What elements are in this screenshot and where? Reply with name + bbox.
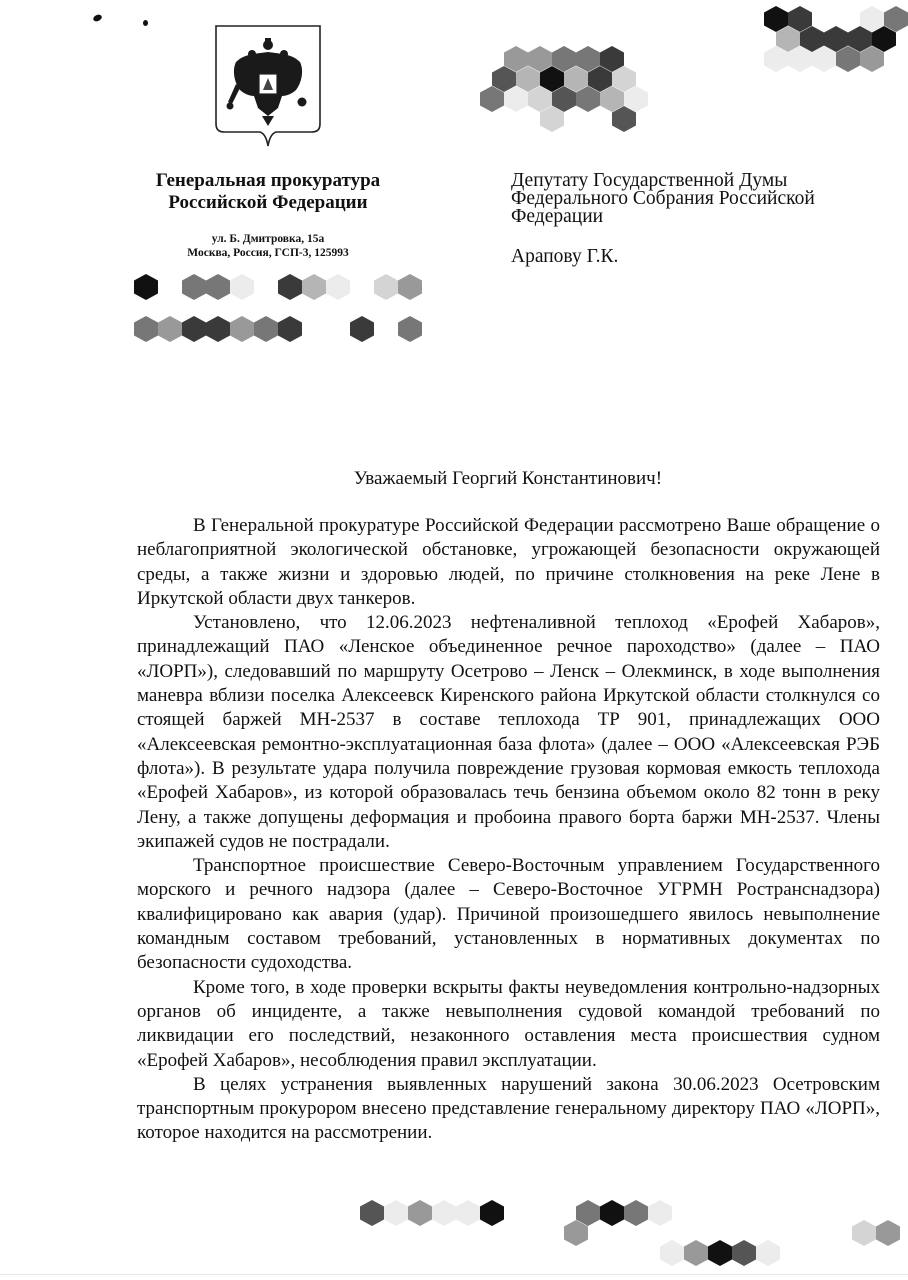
redaction-cell (398, 274, 422, 300)
redaction-cell (182, 274, 206, 300)
redaction-cell (158, 316, 182, 342)
redaction-cell (624, 1200, 648, 1226)
redaction-cell (302, 274, 326, 300)
greeting: Уважаемый Георгий Константинович! (0, 468, 908, 490)
redaction-cell (326, 274, 350, 300)
sender-name-line: Российской Федерации (120, 192, 416, 214)
body-paragraph: В Генеральной прокуратуре Российской Фед… (137, 514, 880, 611)
redaction-cell (350, 316, 374, 342)
body-paragraph: Транспортное происшествие Северо-Восточн… (137, 854, 880, 975)
redaction-cell (254, 316, 278, 342)
redaction-cell (278, 274, 302, 300)
sender-organization-name: Генеральная прокуратура Российской Федер… (120, 170, 416, 214)
redaction-cell (374, 274, 398, 300)
redaction-cell (876, 1220, 900, 1246)
recipient-name: Арапову Г.К. (511, 248, 891, 266)
redaction-cell (206, 274, 230, 300)
sender-address: ул. Б. Дмитровка, 15а Москва, Россия, ГС… (120, 232, 416, 260)
body-paragraph: Кроме того, в ходе проверки вскрыты факт… (137, 976, 880, 1073)
scan-artifact (92, 13, 103, 22)
redaction-cell (648, 1200, 672, 1226)
sender-address-line: ул. Б. Дмитровка, 15а (120, 232, 416, 246)
redaction-signature-block (360, 1200, 880, 1272)
letter-page: Генеральная прокуратура Российской Федер… (0, 0, 908, 1280)
redaction-cell (852, 1220, 876, 1246)
redaction-top-right (764, 6, 904, 78)
redaction-cell (230, 316, 254, 342)
redaction-cell (182, 316, 206, 342)
redaction-cell (398, 316, 422, 342)
letter-body: В Генеральной прокуратуре Российской Фед… (137, 514, 880, 1146)
redaction-cell (384, 1200, 408, 1226)
recipient-block: Депутату Государственной Думы Федерально… (511, 172, 891, 266)
redaction-cell (230, 274, 254, 300)
redaction-cell (732, 1240, 756, 1266)
redaction-cell (456, 1200, 480, 1226)
redaction-cell (134, 274, 158, 300)
redaction-cell (480, 1200, 504, 1226)
recipient-title-line: Федерации (511, 208, 891, 226)
redaction-cell (206, 316, 230, 342)
sender-name-line: Генеральная прокуратура (120, 170, 416, 192)
redaction-cell (134, 316, 158, 342)
scan-edge (0, 1274, 908, 1275)
redaction-registration-number (134, 274, 424, 346)
redaction-cell (278, 316, 302, 342)
redaction-cell (708, 1240, 732, 1266)
redaction-cell (600, 1200, 624, 1226)
body-paragraph: В целях устранения выявленных нарушений … (137, 1073, 880, 1146)
russian-coat-of-arms-icon (214, 24, 322, 148)
redaction-cell (756, 1240, 780, 1266)
redaction-cell (684, 1240, 708, 1266)
redaction-cell (660, 1240, 684, 1266)
redaction-cell (408, 1200, 432, 1226)
body-paragraph: Установлено, что 12.06.2023 нефтеналивно… (137, 611, 880, 854)
redaction-cell (432, 1200, 456, 1226)
sender-address-line: Москва, Россия, ГСП-3, 125993 (120, 246, 416, 260)
redaction-cell (360, 1200, 384, 1226)
scan-artifact (143, 20, 148, 26)
redaction-top-center (480, 46, 650, 138)
